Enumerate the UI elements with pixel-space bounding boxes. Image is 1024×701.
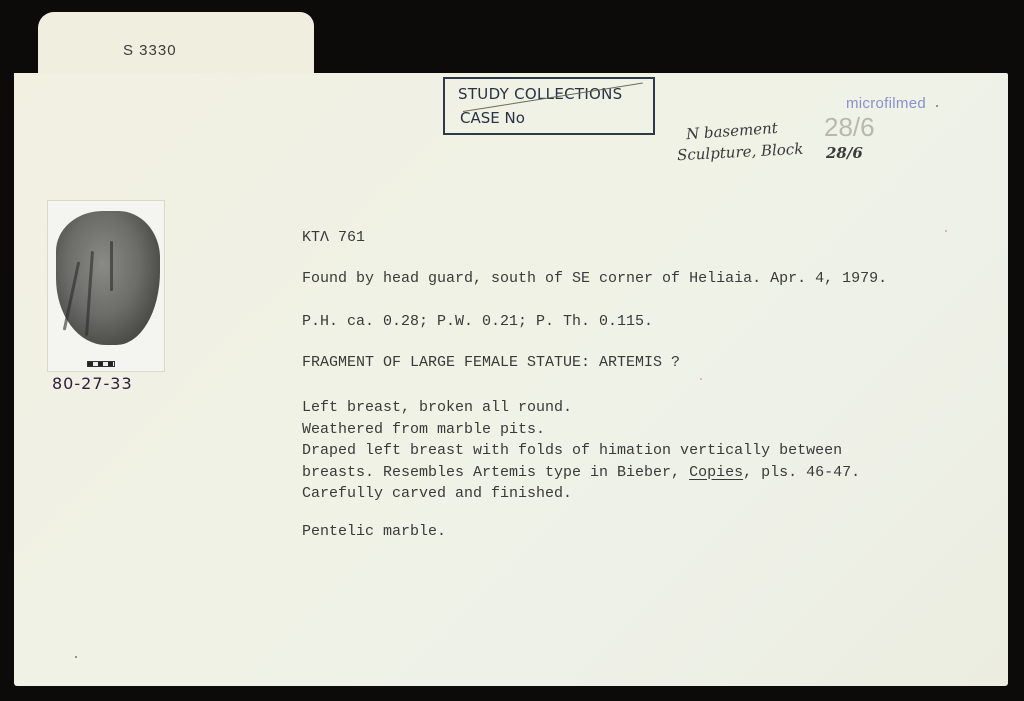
description-block: Left breast, broken all round. Weathered… xyxy=(302,397,860,505)
pencil-number: 28/6 xyxy=(824,112,875,143)
photo-fold-shadow xyxy=(110,241,113,291)
catalog-card xyxy=(14,73,1008,686)
paper-speck xyxy=(945,230,947,232)
study-collections-stamp: STUDY COLLECTIONS CASE No xyxy=(443,77,655,135)
paper-speck xyxy=(75,656,77,658)
object-photo xyxy=(47,200,165,372)
photo-negative-number: 80-27-33 xyxy=(52,374,133,393)
description-line: Weathered from marble pits. xyxy=(302,419,860,441)
description-text: breasts. Resembles Artemis type in Biebe… xyxy=(302,464,689,481)
description-line: breasts. Resembles Artemis type in Biebe… xyxy=(302,462,860,484)
stamp-line-2: CASE No xyxy=(460,109,525,127)
handwritten-location-number: 28/6 xyxy=(826,144,863,162)
tab-label: S 3330 xyxy=(123,42,177,59)
description-line: Carefully carved and finished. xyxy=(302,483,860,505)
inventory-number: KTΛ 761 xyxy=(302,229,365,246)
dimensions-text: P.H. ca. 0.28; P.W. 0.21; P. Th. 0.115. xyxy=(302,313,653,330)
description-text: , pls. 46-47. xyxy=(743,464,860,481)
paper-speck xyxy=(936,105,938,107)
findspot-text: Found by head guard, south of SE corner … xyxy=(302,270,887,287)
object-title: FRAGMENT OF LARGE FEMALE STATUE: ARTEMIS… xyxy=(302,354,680,371)
microfilmed-stamp: microfilmed xyxy=(846,95,926,112)
description-line: Left breast, broken all round. xyxy=(302,397,860,419)
bibliography-title: Copies xyxy=(689,464,743,481)
stamp-line-1: STUDY COLLECTIONS xyxy=(458,85,623,103)
paper-speck xyxy=(700,378,702,380)
marble-fragment-image xyxy=(56,211,160,345)
material-text: Pentelic marble. xyxy=(302,523,446,540)
description-line: Draped left breast with folds of himatio… xyxy=(302,440,860,462)
scale-bar xyxy=(87,361,115,367)
